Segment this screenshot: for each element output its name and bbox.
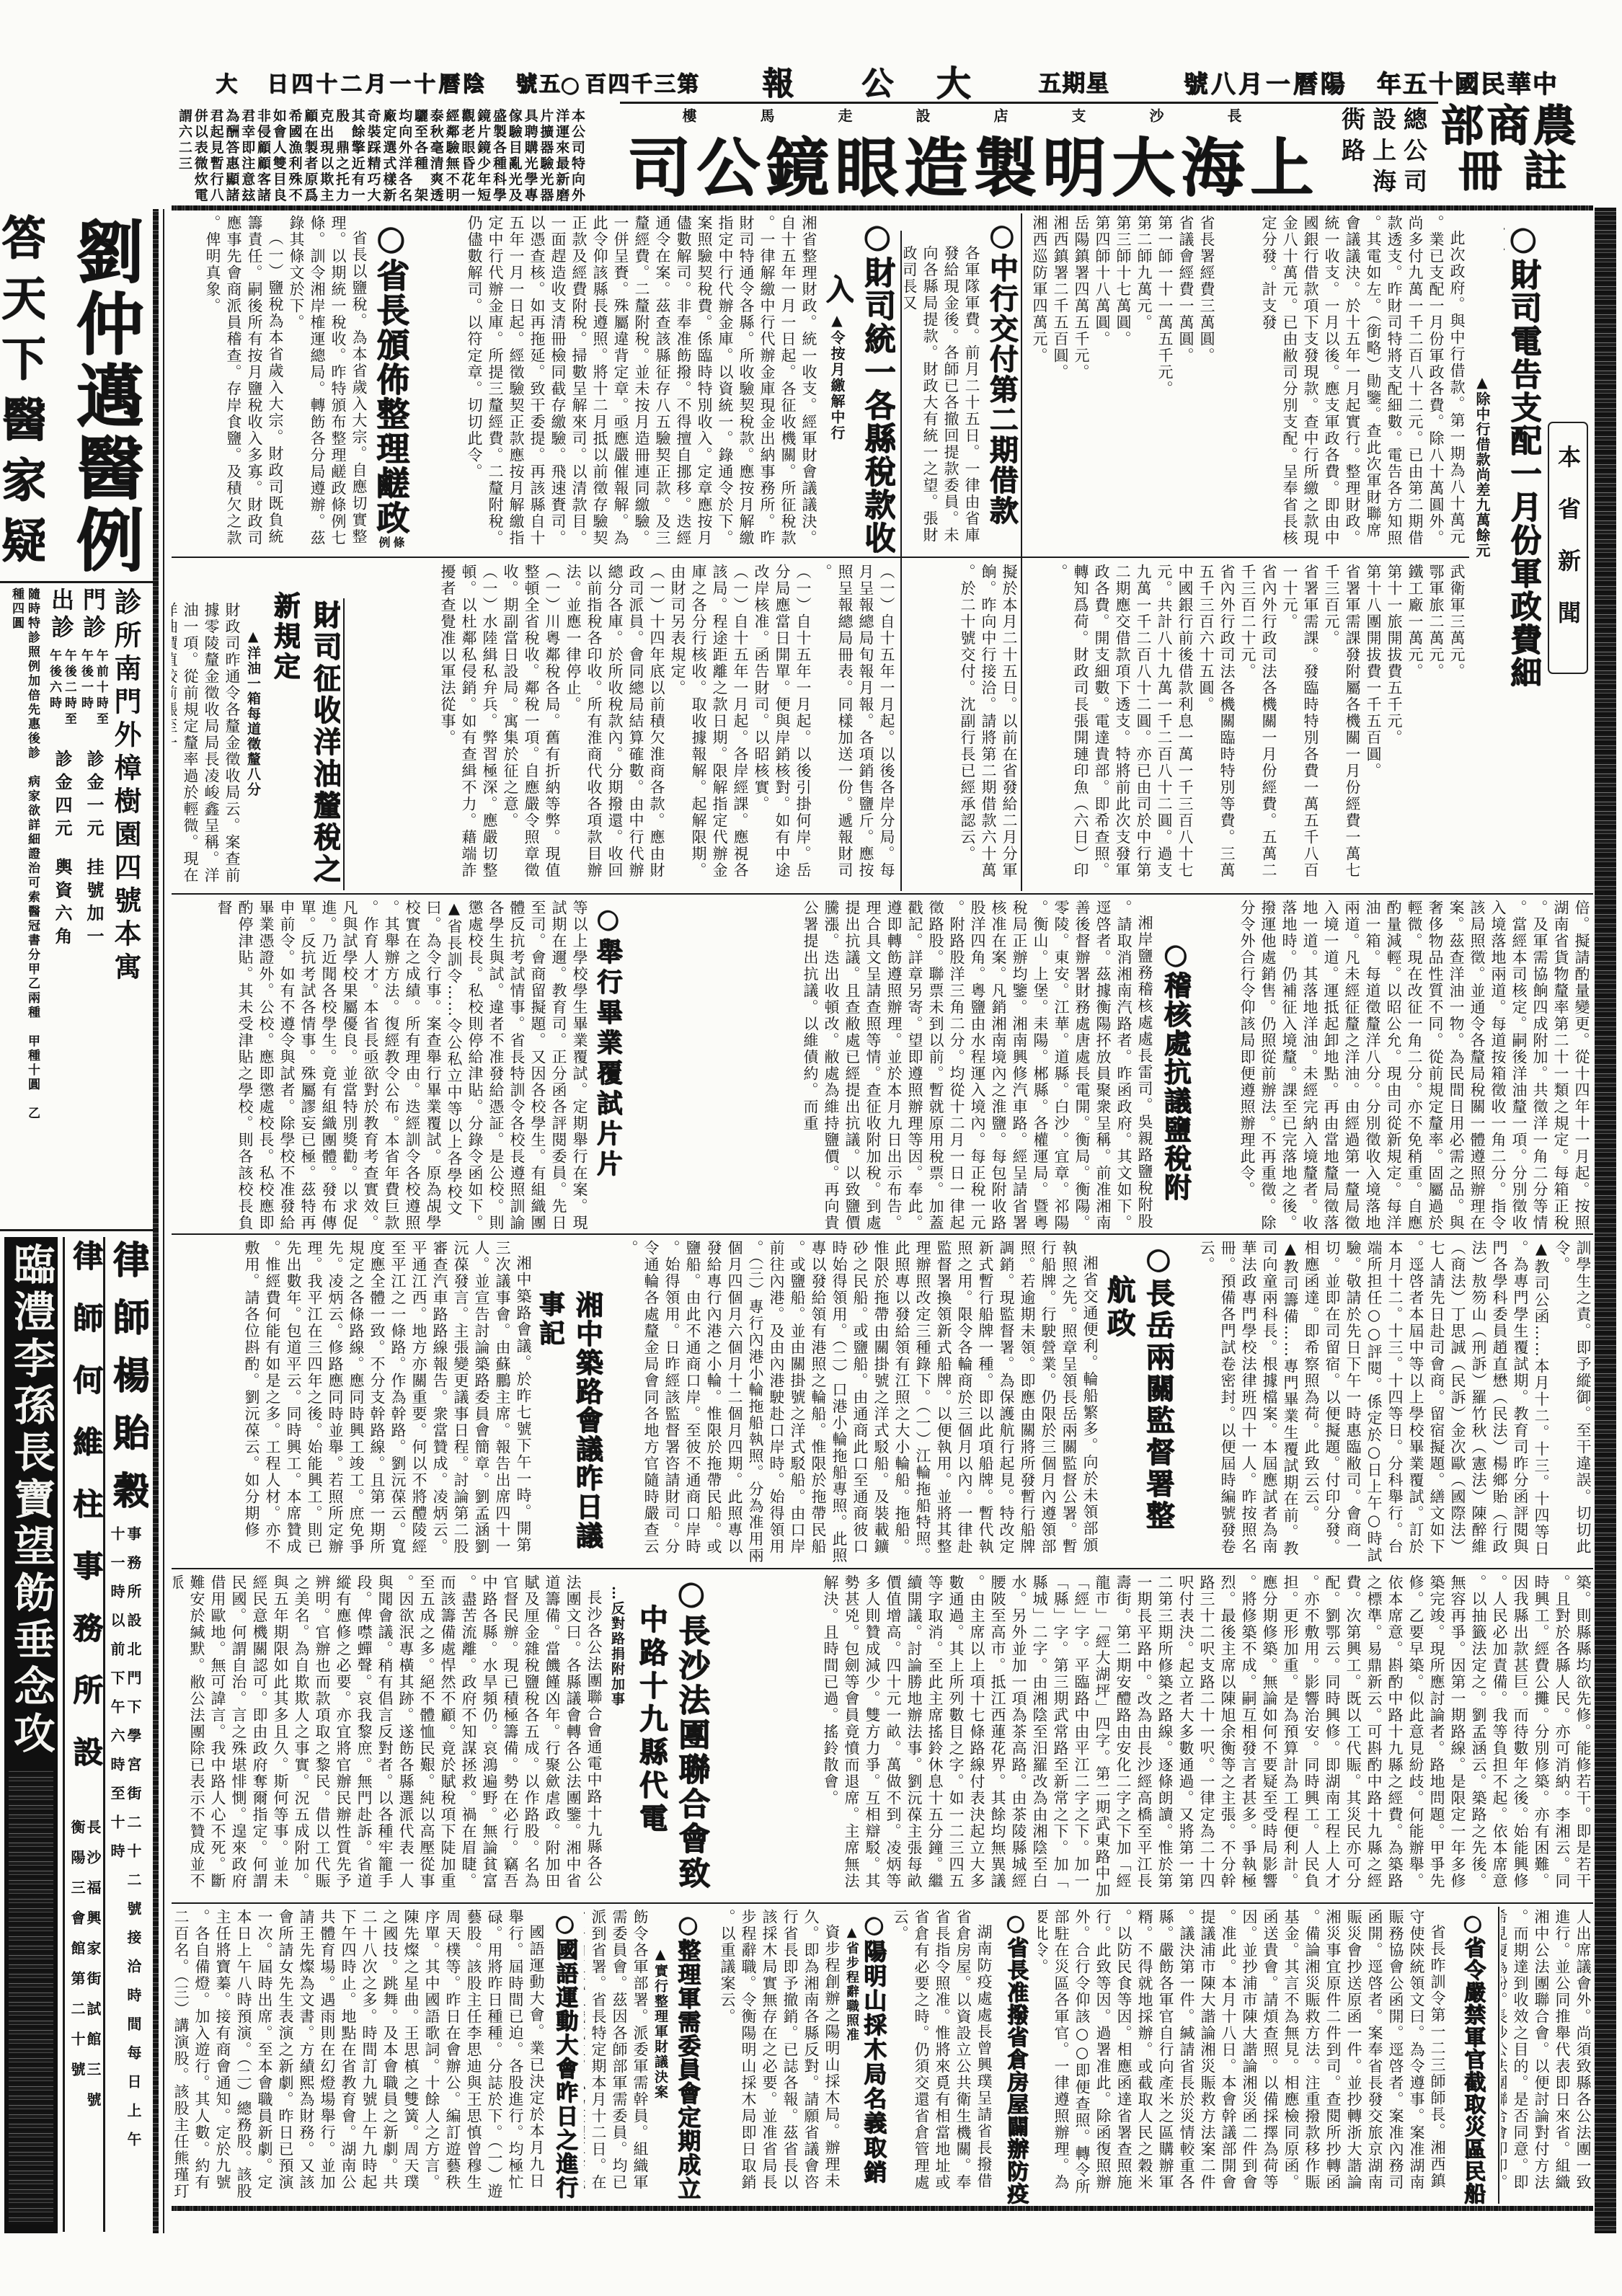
doctor-house-call-hours: 午後二時至午後六時 — [46, 649, 76, 735]
article-body-text: 資步程創辦之陽明山採木局。辦理未久。即為湘南各縣反對。請願省議會咨行省長即予撤銷… — [721, 1909, 842, 2204]
masthead-issue-number: 第三千四百○五號 — [512, 72, 696, 97]
article-timber-body: 資步程創辦之陽明山採木局。辦理未久。即為湘南各縣反對。請願省議會咨行省長即予撤銷… — [721, 1909, 842, 2204]
article-body-text: 此次政府。與中行借款。第一期為八十萬元。業已支配一月份軍政各費。除八十萬圓外。尚… — [1258, 215, 1467, 554]
article-body-text: 倍。擬請酌量變更。從十四年十一月起。按照湖南省貨物釐率第二十一類之規定。每箱正稅… — [1238, 900, 1590, 1231]
doctor-hours-line: 午前十時至 — [93, 649, 108, 735]
masthead-paper-name-2: 公 — [856, 66, 891, 101]
article-graduation-exam-body-continued: 訓學生之責。即予縱御。至干違誤。切切此令。▲教司公函……本月十二。十三。十四等日… — [1179, 1240, 1593, 1564]
masthead-date-lunar: 陰曆十一月二十四日 — [262, 72, 483, 97]
article-paragraph: ▲教司籌備……專門畢業生覆試期在前。教司向童兩科長。根據檔案。本屆應試者為南華法… — [1196, 1240, 1300, 1564]
article-salt-protest-body: 湘岸鹽務稽核處處長雷司。吳親路鹽稅附股。請取消湘南汽路者。昨函政府。其文如下。逕… — [627, 900, 1155, 1231]
funding-line-item: 第十八團開拔費一千五百圓。 — [1362, 564, 1383, 890]
article-military-funds-list: 省長署經費三萬圓。省議會經費一萬圓。第一師一十一萬五千元。第二師九萬元。第三師十… — [1024, 215, 1217, 554]
left-ads-divider — [103, 1237, 105, 2232]
lawyer-yang-details: 事務所設北門下學宮街二十二號接洽時間每日上午十一時以前下午六時至十時 — [108, 1526, 141, 2204]
funding-line-item: 第十一旅開拔費五千元。 — [1383, 564, 1404, 890]
funding-line-item: 省署軍需課。發臨時特別各費一萬五千八百一十元。 — [1279, 564, 1321, 890]
black-ad-small-print — [9, 1770, 53, 2225]
funding-line-item: 湘西鎮署二千五百圓。 — [1050, 215, 1071, 554]
advert-registration-line2: 註冊 — [1444, 148, 1574, 194]
lawyer-detail-line: 事務所設北門下學宮街二十二號接洽時間每日上午 — [125, 1526, 141, 2204]
tier-rule — [172, 1568, 1593, 1569]
advert-copy-row: 二表見答即顧人漁製現鼎擎踩選外各毫驗眼鏡各目購器來司 — [179, 140, 620, 156]
article-body-text: 湘省整理財政。統一收支。經軍財會議議決。自十五年一月一日起。各征收機關。所征稅款… — [466, 215, 817, 546]
advert-bottom-rule — [172, 205, 1593, 210]
article-kerosene-tax-headline: 財司征收洋油釐稅之 — [310, 600, 340, 892]
regulation-paragraph: 省長以鹽稅。為本省歲入大宗。自應切實整理。以期統一稅收。昨特頒布整理鹺政條例七條… — [285, 215, 369, 554]
tier-rule — [172, 1233, 1593, 1235]
article-county-tax-subhead: ▲令按月繳解中行 — [828, 311, 846, 554]
left-column-border — [153, 209, 159, 2233]
article-timber-subhead: ▲省步程辭職照准 — [843, 1925, 859, 2199]
article-paragraph: ▲教司公函……本月十二。十三。十四等日。為專門學生覆試期。教育司昨分函評閱與門各… — [1300, 1240, 1551, 1564]
article-road-conference-headline-tail: 事記 — [535, 1290, 565, 1357]
article-body-text: 築。則縣縣均欲先修。能修若干。即是若干。且對於各縣人民。亦可消納。李湘云。同時興… — [822, 1574, 1592, 1899]
column-rule — [900, 231, 902, 891]
article-telegram-headline-tail: 中路十九縣代電 — [633, 1604, 669, 1892]
advert-copy-row: 六以起酬幸侵會國在出 餘裝定向至秋鄰老片製驗聘擴運公 — [179, 124, 620, 140]
section-label: 本省新聞 — [1555, 445, 1581, 661]
article-epidemic-body: 湖南防疫處處長曾興璞呈請省長撥借省倉房屋。以資設立公共衛生機關。奉省長指令照准。… — [887, 1909, 994, 2204]
doctor-outpatient-hours: 午前十時至午後一時 — [78, 649, 108, 735]
advert-copy-row: 謂併君為君非如希顧克殷其奇廠均驪泰經觀鏡盛傢具片洋本 — [179, 108, 620, 124]
article-telegram-subhead: …反對路捐附加事 — [607, 1586, 627, 1889]
masthead-paper-name-3: 報 — [757, 66, 792, 101]
article-supply-committee-headline: ○整理軍需委員會定期成立 — [670, 1910, 705, 2202]
regulation-paragraph: （一）鹽稅為本省歲入大宗。財政司既負統籌責任。嗣後所有按月鹽稅收入多寡。財政司應… — [202, 215, 285, 554]
article-bank-loan-body-continued: 擬於本月二十五日。以前在省發給二月分軍餉。昨向中行接洽。請將第二期借款六十萬。於… — [904, 564, 1019, 890]
funding-line-item: 省長署經費三萬圓。 — [1196, 215, 1217, 554]
section-label-box: 本省新聞 — [1548, 422, 1588, 674]
doctor-note-line: 種四圓 — [9, 588, 25, 1215]
article-county-tax-headline-tail: 入 — [822, 274, 854, 309]
advert-branch-line: 長沙支店設走馬樓 — [650, 108, 1272, 125]
doctor-notes: 隨時特診照例加倍先惠後診 病家欲詳細證治可索醫冠書分甲乙兩種 甲種十圓 乙種四圓 — [6, 588, 40, 1215]
lawyer-yang-name: 律師楊貽穀 — [107, 1240, 149, 1528]
doctor-hours-line: 午後六時 — [46, 649, 61, 735]
advert-head-office-column: 總公司 — [1399, 107, 1430, 205]
article-supply-committee-subhead: ▲實行整理軍財議決案 — [652, 1946, 669, 2202]
article-body-text: 湘中築路會議。於昨七號下午一時。開第三次議事會。由蘇鵬主席。報告出席四十一人。並… — [241, 1240, 533, 1564]
advert-head-office-column: 衖路 — [1337, 107, 1368, 205]
article-body-text: 人出席議會外。尚須致縣各公法團一致進行。並公同推舉代表即日來省。組織湘中公法團聯… — [1501, 1909, 1592, 2191]
article-shipping-headline: ○長岳兩關監督署整理 — [1139, 1241, 1176, 1562]
article-salt-regulations-headline-small: 條例 — [376, 536, 405, 557]
doctor-outpatient-label: 門診 — [78, 588, 108, 645]
left-ads-divider — [63, 1237, 65, 2232]
advert-registration-line1: 農商部 — [1435, 102, 1574, 149]
black-ad: 臨澧李孫長寶望飭垂念攻 — [4, 1237, 58, 2233]
article-body-text: 財政司昨通令各釐金徵收局云。案查前據零陵釐金徵收局局長凌峻鑫呈稱。洋油一項。從前… — [172, 602, 241, 884]
funding-line-item: 鄂軍旅二萬元。 — [1425, 564, 1446, 890]
column-rule — [1021, 213, 1022, 891]
article-road-conference-body-continued: 築。則縣縣均欲先修。能修若干。即是若干。且對於各縣人民。亦可消納。李湘云。同時興… — [743, 1574, 1593, 1900]
article-disaster-boats-headline: ○省令嚴禁軍官截取災區民船 — [1452, 1910, 1492, 2204]
doctor-ad-name: 劉仲邁醫例 — [50, 216, 157, 578]
article-telegram-body: 長沙各公法團聯合會通電中路十九縣各公法團文曰。各縣議會轉各公法團鑒。湘中省道籌備… — [173, 1574, 604, 1900]
column-rule — [1498, 1907, 1499, 2204]
article-body-text: 湘岸鹽務稽核處處長雷司。吳親路鹽稅附股。請取消湘南汽路者。昨函政府。其文如下。逕… — [799, 900, 1155, 1231]
article-telegram-body-continued: 人出席議會外。尚須致縣各公法團一致進行。並公同推舉代表即日來省。組織湘中公法團聯… — [1501, 1909, 1593, 2204]
article-military-funds-headline: ○財司電告支配一月份軍政費細數 — [1504, 220, 1541, 717]
article-telegram-headline: ○長沙法團聯合會致 — [670, 1574, 711, 1895]
article-body-text: 各軍隊軍費。前月二十五日。一律由省庫發給現金後。各師已各撤回提款委員。未向各縣局… — [904, 245, 980, 544]
regulation-item: （一）自十五年一月起。以後引掛何岸。岳分局應當日開單。便與岸銷核對。如有中途改岸… — [750, 564, 813, 890]
advert-copy-row: 電八諸玆諸良不爲主力一大新名架透明一短學及專器磨外 — [179, 187, 620, 203]
funding-line-item: 第一師一十一萬五千元。 — [1154, 215, 1175, 554]
article-county-tax-body: 湘省整理財政。統一收支。經軍財會議議決。自十五年一月一日起。各征收機關。所征稅款… — [415, 215, 819, 554]
column-rule — [343, 598, 345, 890]
article-body-text: 長沙各公法團聯合會通電中路十九縣各公法團文曰。各縣議會轉各公法團鑒。湘中省道籌備… — [173, 1574, 604, 1900]
article-timber-headline: ○陽明山採木局名義取銷 — [859, 1910, 888, 2202]
advert-copy-row: 三微暫惠注顧雙利者以之近精式洋種清無昏少種亂光驗最特 — [179, 156, 620, 172]
bottom-rule — [172, 2206, 1593, 2211]
tier-rule — [172, 1902, 1593, 1904]
lawyer-detail-line: 衡陽三會館第二十號 — [69, 1819, 85, 2223]
doctor-house-call-label: 出診 — [46, 588, 76, 645]
lawyer-he-details: 長沙福興家街試館三號衡陽三會館第二十號 — [69, 1819, 101, 2223]
article-supply-committee-body: 飭令各軍部署。派委軍需幹員。組織軍需委員會。茲因各師部軍需委員。均已派到省署。省… — [584, 1909, 650, 2204]
tier-rule — [172, 557, 1469, 558]
article-military-funds-subhead: ▲除中行借款尚差九萬餘元 — [1472, 373, 1492, 559]
article-epidemic-headline: ○省長准撥省倉房屋闢辦防疫 — [998, 1910, 1032, 2204]
lawyer-ads-rule — [0, 1229, 153, 1231]
article-paragraph: 訓學生之責。即予縱御。至干違誤。切切此令。 — [1551, 1240, 1593, 1564]
article-paragraph: 等以上學校學生畢業覆試。定期舉行在案。現試期在邇。教育司。正分函各評閱委員。先日… — [464, 900, 590, 1231]
lawyer-he-name: 律師何維柱事務所設 — [68, 1240, 103, 1809]
article-bank-loan-body: 各軍隊軍費。前月二十五日。一律由省庫發給現金後。各師已各撤回提款委員。未向各縣局… — [904, 245, 982, 555]
advert-head-office: 總公司設上海衖路 — [1336, 107, 1430, 205]
masthead: 中華民國十五年 陽曆一月八號 星期五 大 公 報 第三千四百○五號 陰曆十一月二… — [0, 0, 1622, 101]
article-road-conference-headline: 湘中築路會議昨日議 — [569, 1290, 605, 1564]
article-kerosene-tax-body: 財政司昨通令各釐金徵收局云。案查前據零陵釐金徵收局局長凌峻鑫呈稱。洋油一項。從前… — [172, 602, 242, 890]
article-graduation-exam-body: 等以上學校學生畢業覆試。定期舉行在案。現試期在邇。教育司。正分函各評閱委員。先日… — [173, 900, 590, 1231]
doctor-house-call-fee: 診金四元 — [49, 750, 75, 843]
article-military-funds-body: 此次政府。與中行借款。第一期為八十萬元。業已支配一月份軍政各費。除八十萬圓外。尚… — [1218, 215, 1467, 554]
doctor-outpatient-registration: 挂號加一 — [81, 858, 107, 952]
article-body-text: 擬於本月二十五日。以前在省發給二月分軍餉。昨向中行接洽。請將第二期借款六十萬。於… — [959, 564, 1018, 879]
article-mandarin-body: 國語運動大會。業已決定於本月九日舉行。屆時間已迫。各股進行。均極忙碌。用將昨日種… — [172, 1909, 546, 2204]
article-salt-regulations-items: （一）自十五年一月起。以後各岸分局。每月呈報總局旬報月報。各項銷售鹽斤。應按照呈… — [349, 564, 897, 890]
article-kerosene-tax-headline-tail: 新規定 — [270, 591, 300, 706]
doctor-clinic-address: 診所南門外樟樹園四號本寓 — [108, 588, 143, 1020]
article-paragraph: ▲省長訓令……令公私立中等以上各學校文曰。為令行事。案查舉行畢業覆試。原為覘學校… — [213, 900, 464, 1231]
doctor-note-line: 隨時特診照例加倍先惠後診 病家欲詳細證治可索醫冠書分甲乙兩種 甲種十圓 乙 — [25, 588, 40, 1215]
advert-copy: 謂併君為君非如希顧克殷其奇廠均驪泰經觀鏡盛傢具片洋本 六以起酬幸侵會國在出 餘裝… — [179, 108, 620, 203]
article-body-text: 省長昨訓令第一二三師師長。湘西鎮守使陝統領文曰。為令遵事。案准湖南賑務協會公函開… — [1038, 1909, 1448, 2204]
regulation-item: （一）自十五年一月起。各岸經課。應視各該局。程途距離之款日期。限解指定代辦金庫之… — [667, 564, 750, 890]
article-salt-regulations-headline: ○省長頒佈整理鹺政 — [371, 218, 410, 535]
tier-rule — [172, 893, 1593, 895]
funding-line-item: 第二師九萬元。 — [1133, 215, 1154, 554]
lawyer-detail-line: 十一時以前下午六時至十時 — [108, 1526, 125, 2204]
funding-line-item: 省議會經費一萬圓。 — [1175, 215, 1196, 554]
advert-head-office-column: 設上海 — [1368, 107, 1399, 205]
funding-line-item: 武衛軍三萬元。 — [1446, 564, 1467, 890]
left-column-border-inner — [163, 209, 164, 2233]
regulation-item: （一）十四年底以前積欠淮商各款。應由財政司派員。會同總局結算確數。由中行代辦總分… — [562, 564, 667, 890]
doctor-house-call-transport: 輿資六角 — [49, 858, 75, 952]
article-salt-regulations-body: 省長以鹽稅。為本省歲入大宗。自應切實整理。以期統一稅收。昨特頒布整理鹺政條例七條… — [173, 215, 369, 554]
regulation-item: （一）自十五年一月起。以後各岸分局。每月呈報總局旬報月報。各項銷售鹽斤。應按照呈… — [813, 564, 897, 890]
doctor-ad-tagline: 答天下醫家疑問 — [0, 213, 45, 578]
right-page-border — [1595, 208, 1616, 2233]
article-graduation-exam-headline: ○舉行畢業覆試片片 — [593, 903, 623, 1231]
article-body-text: 國語運動大會。業已決定於本月九日舉行。屆時間已迫。各股進行。均極忙碌。用將昨日種… — [172, 1909, 546, 2204]
masthead-paper-name-1: 大 — [931, 65, 969, 101]
masthead-date-roc: 中華民國十五年 — [1373, 71, 1555, 97]
doctor-hours-line: 午後一時 — [78, 649, 93, 735]
doctor-ad-rule — [0, 581, 153, 583]
funding-line-item: 岳陽鎮署四萬五千元。 — [1071, 215, 1091, 554]
article-body-text: 飭令各軍部署。派委軍需幹員。組織軍需委員會。茲因各師部軍需委員。均已派到省署。省… — [584, 1909, 649, 2191]
regulation-item: （一）川粵鄰稅各局。舊有折納等弊。現值整頓全省稅收。鄰稅一項。自應嚴令照章徵收。… — [500, 564, 562, 890]
funding-line-item: 第四師十八萬圓。 — [1091, 215, 1112, 554]
lawyer-detail-line: 長沙福興家街試館三號 — [85, 1819, 101, 2223]
article-shipping-headline-tail: 航政 — [1102, 1275, 1135, 1354]
funding-line-item: 中國銀行前後借款利息一萬一千三百八十七元。共計八十九萬一千二百八十二圓。過支九萬… — [1049, 564, 1195, 890]
regulation-item: （一）水陸緝私弁兵。弊習極深。應嚴切整頓。以杜鄰私侵銷。如有查緝不力。藉端詐擾者… — [437, 564, 500, 890]
article-salt-protest-headline: ○稽核處抗議鹽稅附股 — [1158, 937, 1192, 1229]
funding-line-item: 省內外行政司法各機關臨時特別等費。三萬五千三百六十五圓。 — [1195, 564, 1237, 890]
masthead-date-solar: 陽曆一月八號 — [1179, 71, 1344, 97]
funding-line-item: 第三師十七萬圓。 — [1112, 215, 1133, 554]
article-kerosene-tax-subhead: ▲洋油一箱每道徵釐八分 — [244, 629, 262, 809]
article-road-conference-body: 湘中築路會議。於昨七號下午一時。開第三次議事會。由蘇鵬主席。報告出席四十一人。並… — [173, 1240, 533, 1564]
advert-copy-row: 炊行顯意客目殊原欺托有巧樣各 爽不花年科光學光新向 — [179, 172, 620, 187]
funding-line-item: 湘西巡防軍四萬元。 — [1029, 215, 1050, 554]
masthead-page-mark: 大 — [212, 72, 235, 97]
article-shipping-body: 湘省交通便利。輪船繁多。向於未領部頒執照之先。照章呈領長岳兩關監督公署。暫行船牌… — [610, 1240, 1100, 1564]
masthead-weekday: 星期五 — [1036, 71, 1107, 97]
article-body-text: 湘省交通便利。輪船繁多。向於未領部頒執照之先。照章呈領長岳兩關監督公署。暫行船牌… — [619, 1240, 1100, 1564]
funding-line-item: 鐵工廠一萬元。 — [1404, 564, 1425, 890]
article-county-tax-headline: ○財司統一各縣稅款收 — [858, 218, 895, 557]
article-bank-loan-headline: ○中行交付第二期借款消息 — [984, 218, 1019, 555]
funding-line-item: 省署軍需課發附屬各機關一月份經費一萬七千三百元。 — [1321, 564, 1362, 890]
article-military-funds-list-continued: 武衛軍三萬元。鄂軍旅二萬元。鐵工廠一萬元。第十一旅開拔費五千元。第十八團開拔費一… — [1024, 564, 1467, 890]
article-mandarin-headline: ○國語運動大會昨日之進行 — [548, 1910, 581, 2202]
doctor-outpatient-fee: 診金一元 — [81, 750, 107, 843]
black-ad-title: 臨澧李孫長寶望飭垂念攻 — [7, 1243, 55, 1762]
article-disaster-boats-body: 省長昨訓令第一二三師師長。湘西鎮守使陝統領文曰。為令遵事。案准湖南賑務協會公函開… — [1038, 1909, 1448, 2204]
advert-title: 上海大明製造眼鏡公司 — [620, 134, 1312, 203]
funding-line-item: 省內外行政司法各機關一月份經費。五萬二千三百二十元。 — [1237, 564, 1279, 890]
article-kerosene-tax-body-continued: 倍。擬請酌量變更。從十四年十一月起。按照湖南省貨物釐率第二十一類之規定。每箱正稅… — [1195, 900, 1592, 1231]
article-body-text: 湖南防疫處處長曾興璞呈請省長撥借省倉房屋。以資設立公共衛生機關。奉省長指令照准。… — [890, 1909, 994, 2204]
doctor-hours-line: 午後二時至 — [61, 649, 76, 735]
